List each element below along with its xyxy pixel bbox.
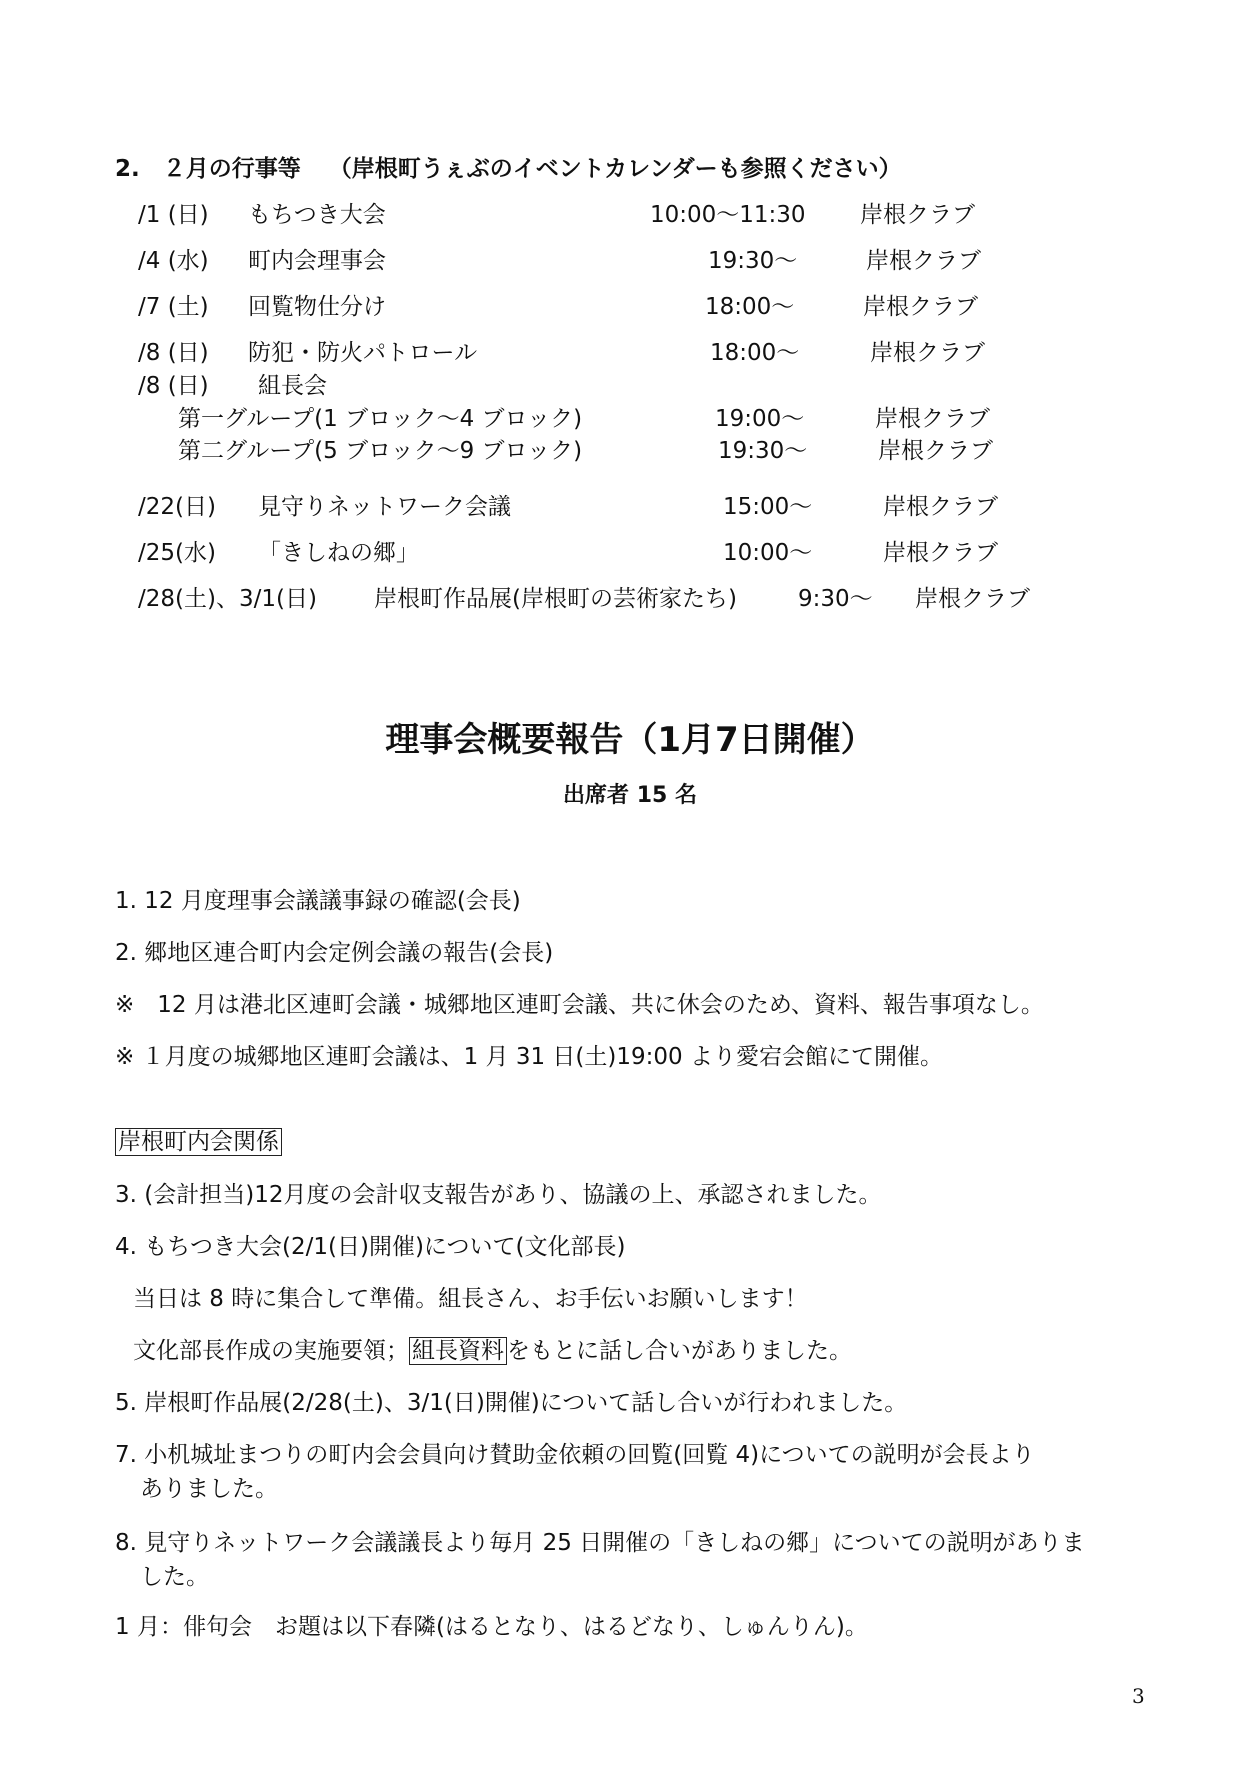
report-item-3: 3. (会計担当)12月度の会計収支報告があり、協議の上、承認されました。 <box>115 1180 881 1210</box>
event-title: もちつき大会 <box>248 200 386 230</box>
detail-post: をもとに話し合いがありました。 <box>507 1338 852 1364</box>
event-subgroup: 第一グループ(1 ブロック～4 ブロック) <box>178 404 582 434</box>
report-item-4-detail-1: 当日は 8 時に集合して準備。組長さん、お手伝いお願いします！ <box>133 1284 808 1314</box>
event-place: 岸根クラブ <box>875 404 990 434</box>
event-date: /4 (水) <box>138 246 209 276</box>
report-note-1: ※ 12 月は港北区連町会議・城郷地区連町会議、共に休会のため、資料、報告事項な… <box>115 990 1044 1020</box>
event-title: 「きしねの郷」 <box>258 538 419 568</box>
event-title: 組長会 <box>258 371 327 401</box>
event-time: 19:30～ <box>718 436 807 466</box>
report-item-4: 4. もちつき大会(2/1(日)開催)について(文化部長) <box>115 1232 625 1262</box>
event-title: 見守りネットワーク会議 <box>258 492 511 522</box>
event-date: /8 (日) <box>138 371 209 401</box>
subsection-label: 岸根町内会関係 <box>115 1127 282 1157</box>
event-date: /28(土)、3/1(日) <box>138 584 317 614</box>
event-date: /22(日) <box>138 492 216 522</box>
event-date: /8 (日) <box>138 338 209 368</box>
events-note: （岸根町うぇぶのイベントカレンダーも参照ください） <box>329 156 902 182</box>
event-place: 岸根クラブ <box>883 492 998 522</box>
report-item-7-line-2: ありました。 <box>140 1474 278 1504</box>
event-place: 岸根クラブ <box>883 538 998 568</box>
event-place: 岸根クラブ <box>866 246 981 276</box>
event-time: 18:00～ <box>710 338 799 368</box>
event-place: 岸根クラブ <box>860 200 975 230</box>
event-subgroup: 第二グループ(5 ブロック～9 ブロック) <box>178 436 582 466</box>
haiku-note: 1 月：俳句会 お題は以下春隣(はるとなり、はるどなり、しゅんりん)。 <box>115 1612 868 1642</box>
report-item-1: 1. 12 月度理事会議議事録の確認(会長) <box>115 886 521 916</box>
event-date: /1 (日) <box>138 200 209 230</box>
event-time: 9:30～ <box>798 584 873 614</box>
page-number: 3 <box>1132 1684 1145 1708</box>
event-date: /7 (土) <box>138 292 209 322</box>
event-title: 町内会理事会 <box>248 246 386 276</box>
kumicho-material-box: 組長資料 <box>409 1337 507 1365</box>
event-place: 岸根クラブ <box>863 292 978 322</box>
report-item-7-line-1: 7. 小机城址まつりの町内会会員向け賛助金依頼の回覧(回覧 4)についての説明が… <box>115 1440 1035 1470</box>
report-item-8-line-1: 8. 見守りネットワーク会議議長より毎月 25 日開催の「きしねの郷」についての… <box>115 1528 1085 1558</box>
event-title: 防犯・防火パトロール <box>248 338 477 368</box>
event-time: 15:00～ <box>723 492 812 522</box>
report-note-2: ※ １月度の城郷地区連町会議は、1 月 31 日(土)19:00 より愛宕会館に… <box>115 1042 943 1072</box>
report-title: 理事会概要報告（1月7日開催） <box>0 712 1260 761</box>
event-time: 10:00～ <box>723 538 812 568</box>
event-title: 岸根町作品展(岸根町の芸術家たち) <box>374 584 737 614</box>
event-time: 19:30～ <box>708 246 797 276</box>
subsection-label-text: 岸根町内会関係 <box>115 1128 282 1156</box>
detail-pre: 文化部長作成の実施要領； <box>133 1338 409 1364</box>
event-title: 回覧物仕分け <box>248 292 386 322</box>
event-date: /25(水) <box>138 538 216 568</box>
event-time: 19:00～ <box>715 404 804 434</box>
event-place: 岸根クラブ <box>878 436 993 466</box>
event-time: 10:00～11:30 <box>650 200 806 230</box>
events-heading: 2. ２月の行事等 <box>115 156 301 182</box>
event-place: 岸根クラブ <box>870 338 985 368</box>
event-place: 岸根クラブ <box>915 584 1030 614</box>
event-time: 18:00～ <box>705 292 794 322</box>
report-item-5: 5. 岸根町作品展(2/28(土)、3/1(日)開催)について話し合いが行われま… <box>115 1388 907 1418</box>
events-heading-row: 2. ２月の行事等 （岸根町うぇぶのイベントカレンダーも参照ください） <box>115 150 902 183</box>
report-item-4-detail-2: 文化部長作成の実施要領；組長資料をもとに話し合いがありました。 <box>133 1336 852 1366</box>
report-item-2: 2. 郷地区連合町内会定例会議の報告(会長) <box>115 938 553 968</box>
report-item-8-line-2: した。 <box>140 1562 209 1592</box>
attendee-count: 出席者 15 名 <box>0 778 1260 809</box>
